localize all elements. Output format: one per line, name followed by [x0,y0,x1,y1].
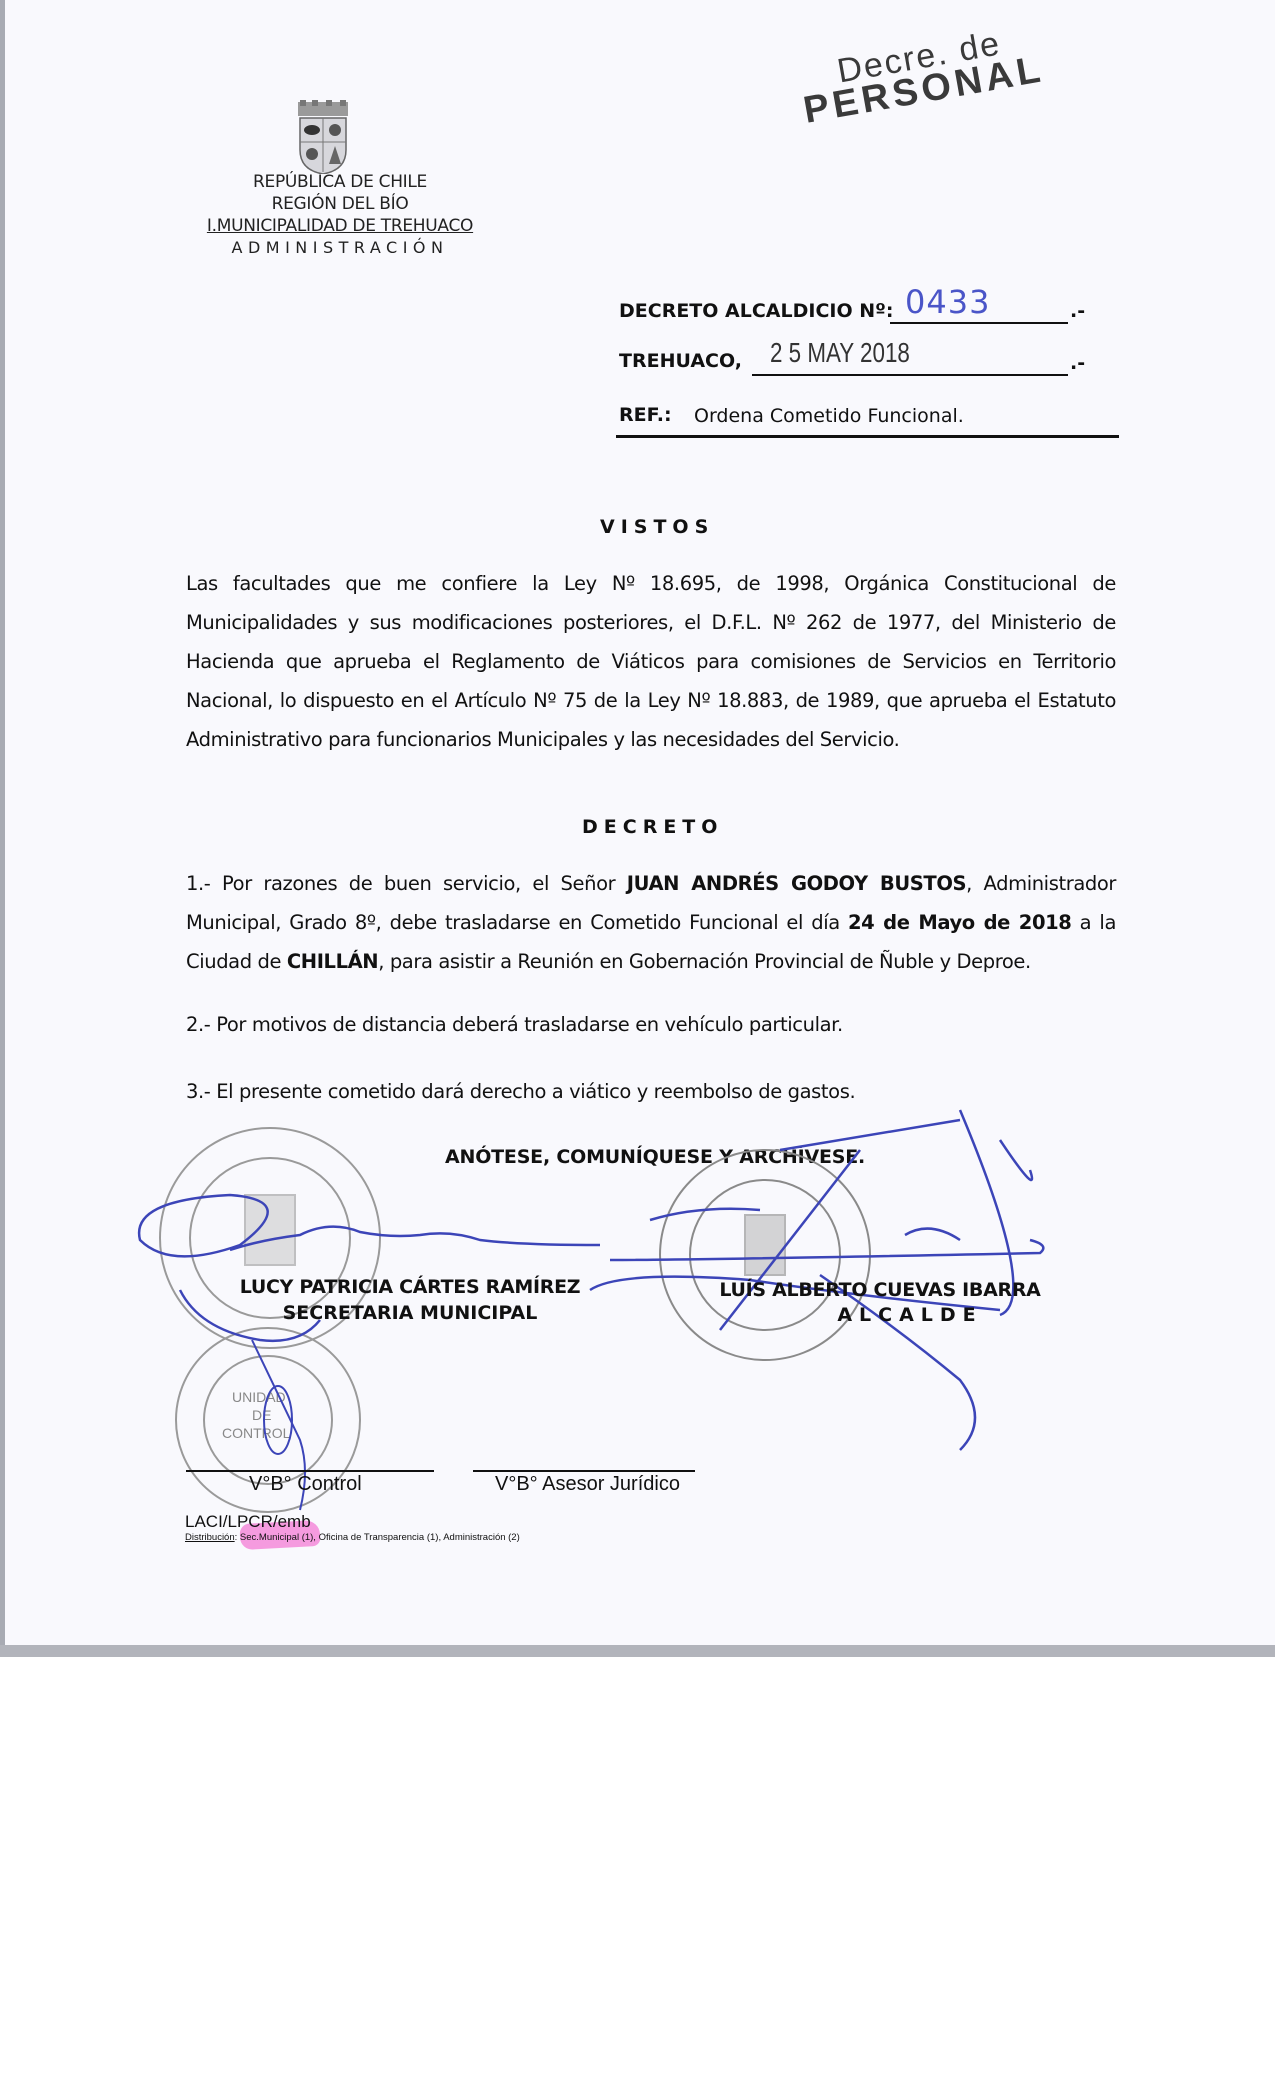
legal-approval-line [473,1470,695,1472]
control-approval-label: V°B° Control [249,1473,362,1496]
legal-approval-label: V°B° Asesor Jurídico [495,1473,680,1496]
svg-text:DE: DE [252,1407,271,1423]
distribution-items: Sec.Municipal (1), Oficina de Transparen… [240,1532,520,1543]
control-approval-line [186,1470,434,1472]
seals-and-signatures: UNIDAD DE CONTROL [0,0,1275,1655]
distribution-list: Distribución: Sec.Municipal (1), Oficina… [185,1532,520,1543]
author-initials: LACI/LPCR/emb [185,1512,311,1532]
mayor-name: LUÍS ALBERTO CUEVAS IBARRA [700,1279,1060,1301]
secretary-name: LUCY PATRICIA CÁRTES RAMÍREZ [230,1276,590,1298]
mayor-role: ALCALDE [730,1304,1090,1326]
secretary-role: SECRETARIA MUNICIPAL [230,1302,590,1324]
svg-text:CONTROL: CONTROL [222,1425,291,1441]
distribution-label: Distribución [185,1532,235,1543]
mayor-seal-icon [660,1150,870,1360]
